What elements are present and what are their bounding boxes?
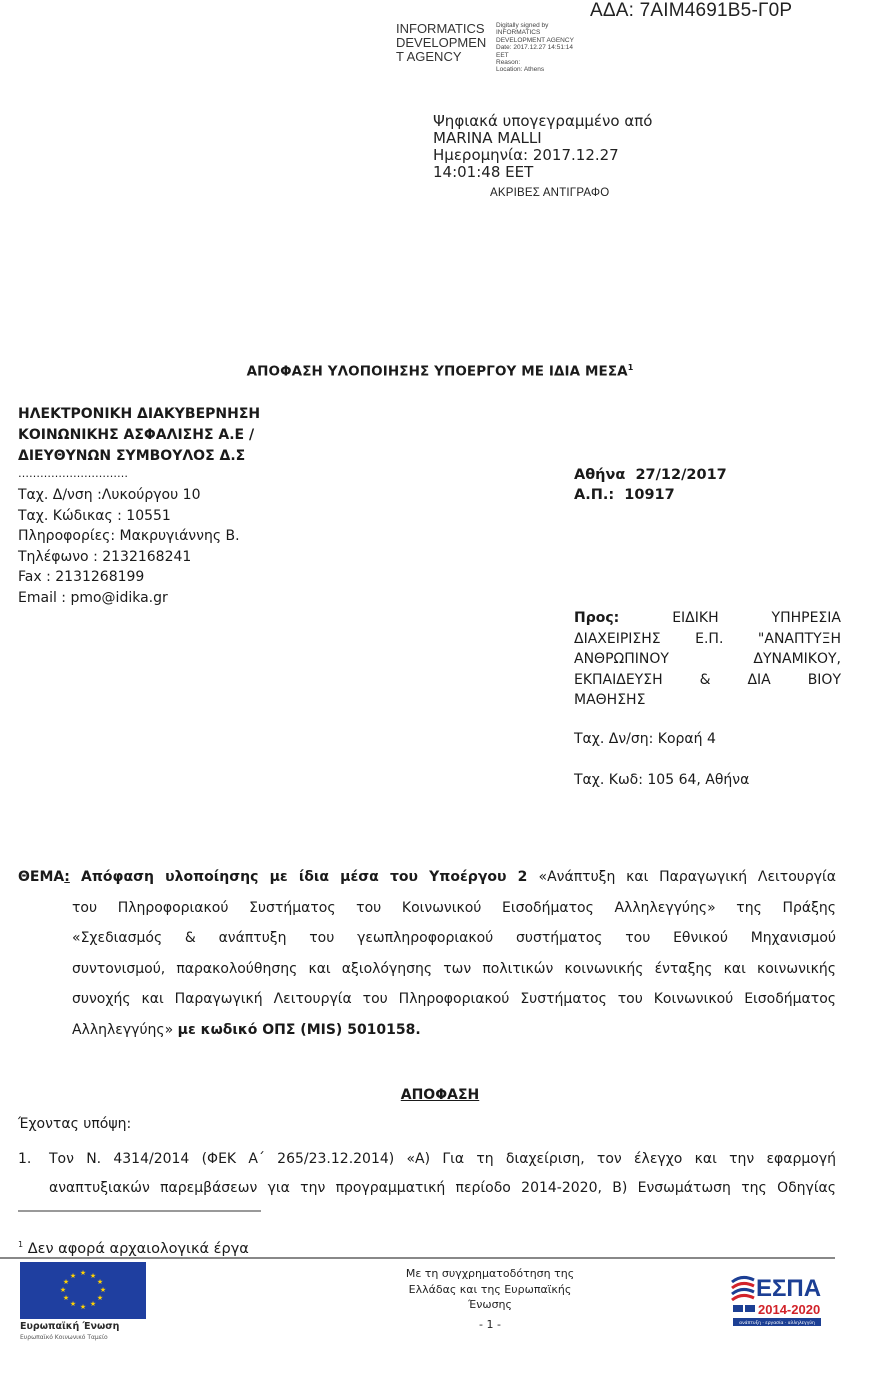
recipient-word: "ΑΝΑΠΤΥΞΗ	[758, 629, 841, 650]
place-date: Αθήνα 27/12/2017	[574, 465, 727, 485]
eu-label: Ευρωπαϊκή Ένωση	[20, 1321, 119, 1332]
svg-text:★: ★	[97, 1278, 103, 1286]
document-title-text: ΑΠΟΦΑΣΗ ΥΛΟΠΟΙΗΣΗΣ ΥΠΟΕΡΓΟΥ ΜΕ ΙΔΙΑ ΜΕΣΑ	[247, 364, 628, 380]
footnote-divider	[18, 1210, 261, 1212]
item-text: Τον Ν. 4314/2014 (ΦΕΚ Α΄ 265/23.12.2014)…	[49, 1145, 836, 1203]
digital-signature-details: Digitally signed by INFORMATICS DEVELOPM…	[496, 22, 606, 74]
cofund-line: Ένωσης	[360, 1297, 620, 1313]
signature-detail-line: Date: 2017.12.27 14:51:14	[496, 44, 606, 51]
subject-line: Αλληλεγγύης» με κωδικό ΟΠΣ (MIS) 5010158…	[18, 1015, 836, 1046]
org-line: ΗΛΕΚΤΡΟΝΙΚΗ ΔΙΑΚΥΒΕΡΝΗΣΗ	[18, 404, 260, 425]
svg-text:★: ★	[63, 1278, 69, 1286]
subject-line: ΘΕΜΑ: Απόφαση υλοποίησης με ίδια μέσα το…	[18, 862, 836, 893]
recipient-word: ΔΙΑΧΕΙΡΙΣΗΣ	[574, 629, 661, 650]
dotted-line: …………………………	[18, 467, 260, 481]
recipient-block: Προς: ΕΙΔΙΚΗ ΥΠΗΡΕΣΙΑ ΔΙΑΧΕΙΡΙΣΗΣ Ε.Π. "…	[574, 608, 841, 711]
recipient-word: ΕΙΔΙΚΗ	[672, 608, 718, 629]
item-line: Τον Ν. 4314/2014 (ΦΕΚ Α΄ 265/23.12.2014)…	[49, 1145, 836, 1174]
svg-text:★: ★	[63, 1294, 69, 1302]
signature-detail-line: EET	[496, 52, 606, 59]
espa-logo-icon: ΕΣΠΑ 2014-2020 ανάπτυξη · εργασία · αλλη…	[730, 1270, 825, 1335]
recipient-line: Προς: ΕΙΔΙΚΗ ΥΠΗΡΕΣΙΑ	[574, 608, 841, 629]
signature-line: Ψηφιακά υπογεγραμμένο από	[433, 113, 652, 130]
sender-fax: Fax : 2131268199	[18, 567, 240, 588]
signature-line: MARINA MALLI	[433, 130, 652, 147]
recipient-word: Ε.Π.	[695, 629, 723, 650]
svg-text:★: ★	[80, 1269, 86, 1277]
considering-item: 1. Τον Ν. 4314/2014 (ΦΕΚ Α΄ 265/23.12.20…	[18, 1145, 836, 1203]
footnote: 1 Δεν αφορά αρχαιολογικά έργα	[18, 1240, 249, 1257]
svg-text:ανάπτυξη · εργασία · αλληλεγγύ: ανάπτυξη · εργασία · αλληλεγγύη	[739, 1319, 815, 1326]
signature-detail-line: Location: Athens	[496, 66, 606, 73]
digital-signature-org: INFORMATICS DEVELOPMEN T AGENCY	[396, 22, 496, 64]
recipient-word: ΑΝΘΡΩΠΙΝΟΥ	[574, 649, 669, 670]
recipient-postal: Ταχ. Κωδ: 105 64, Αθήνα	[574, 772, 749, 788]
exact-copy-stamp: ΑΚΡΙΒΕΣ ΑΝΤΙΓΡΑΦΟ	[490, 187, 609, 199]
signature-org-line: DEVELOPMEN	[396, 36, 496, 50]
svg-text:ΕΣΠΑ: ΕΣΠΑ	[756, 1275, 821, 1302]
item-number: 1.	[18, 1145, 31, 1174]
subject-text: «Ανάπτυξη και Παραγωγική Λειτουργία	[539, 869, 836, 885]
eu-fund-label: Ευρωπαϊκό Κοινωνικό Ταμείο	[20, 1334, 108, 1341]
decision-heading: ΑΠΟΦΑΣΗ	[0, 1087, 880, 1103]
svg-text:★: ★	[70, 1300, 76, 1308]
svg-text:★: ★	[80, 1303, 86, 1311]
item-line: αναπτυξιακών παρεμβάσεων για την προγραμ…	[49, 1174, 836, 1203]
protocol-number: Α.Π.: 10917	[574, 485, 727, 505]
mis-code: με κωδικό ΟΠΣ (MIS) 5010158.	[178, 1022, 421, 1038]
recipient-word: ΕΚΠΑΙΔΕΥΣΗ	[574, 670, 663, 691]
page-number: - 1 -	[360, 1317, 620, 1333]
subject-paragraph: ΘΕΜΑ: Απόφαση υλοποίησης με ίδια μέσα το…	[18, 862, 836, 1046]
svg-text:★: ★	[97, 1294, 103, 1302]
svg-text:★: ★	[90, 1300, 96, 1308]
sender-info: Πληροφορίες: Μακρυγιάννης Β.	[18, 526, 240, 547]
signature-org-line: T AGENCY	[396, 50, 496, 64]
cofund-line: Με τη συγχρηματοδότηση της	[360, 1266, 620, 1282]
document-title: ΑΠΟΦΑΣΗ ΥΛΟΠΟΙΗΣΗΣ ΥΠΟΕΡΓΟΥ ΜΕ ΙΔΙΑ ΜΕΣΑ…	[0, 363, 880, 380]
recipient-line: ΕΚΠΑΙΔΕΥΣΗ & ΔΙΑ ΒΙΟΥ	[574, 670, 841, 691]
considering-label: Έχοντας υπόψη:	[18, 1116, 131, 1132]
svg-text:★: ★	[90, 1272, 96, 1280]
signature-detail-line: INFORMATICS	[496, 29, 606, 36]
svg-text:2014-2020: 2014-2020	[758, 1302, 820, 1317]
recipient-address: Ταχ. Δν/ση: Κοραή 4	[574, 731, 716, 747]
recipient-line: ΑΝΘΡΩΠΙΝΟΥ ΔΥΝΑΜΙΚΟΥ,	[574, 649, 841, 670]
svg-text:★: ★	[100, 1286, 106, 1294]
sender-contact: Ταχ. Δ/νση :Λυκούργου 10 Ταχ. Κώδικας : …	[18, 485, 240, 609]
signature-line: Ημερομηνία: 2017.12.27	[433, 147, 652, 164]
subject-label: ΘΕΜΑ	[18, 869, 64, 885]
sender-email[interactable]: Email : pmo@idika.gr	[18, 588, 240, 609]
recipient-word: ΒΙΟΥ	[808, 670, 841, 691]
subject-text: Αλληλεγγύης»	[72, 1022, 178, 1038]
signature-line: 14:01:48 EET	[433, 164, 652, 181]
cofunding-note: Με τη συγχρηματοδότηση της Ελλάδας και τ…	[360, 1266, 620, 1332]
signature-detail-line: Reason:	[496, 59, 606, 66]
recipient-word: ΔΙΑ	[747, 670, 770, 691]
signature-org-line: INFORMATICS	[396, 22, 496, 36]
signature-detail-line: DEVELOPMENT AGENCY	[496, 37, 606, 44]
sender-phone: Τηλέφωνο : 2132168241	[18, 547, 240, 568]
recipient-word: ΥΠΗΡΕΣΙΑ	[772, 608, 841, 629]
recipient-word: ΔΥΝΑΜΙΚΟΥ,	[753, 649, 841, 670]
recipient-line: ΔΙΑΧΕΙΡΙΣΗΣ Ε.Π. "ΑΝΑΠΤΥΞΗ	[574, 629, 841, 650]
svg-text:★: ★	[60, 1286, 66, 1294]
signature-detail-line: Digitally signed by	[496, 22, 606, 29]
recipient-word: &	[700, 670, 711, 691]
sender-address: Ταχ. Δ/νση :Λυκούργου 10	[18, 485, 240, 506]
footnote-ref[interactable]: 1	[628, 363, 634, 372]
cofund-line: Ελλάδας και της Ευρωπαϊκής	[360, 1282, 620, 1298]
footer-divider	[0, 1257, 835, 1259]
footnote-text: Δεν αφορά αρχαιολογικά έργα	[23, 1241, 249, 1257]
greek-signature-block: Ψηφιακά υπογεγραμμένο από MARINA MALLI Η…	[433, 113, 652, 181]
org-line: ΔΙΕΥΘΥΝΩΝ ΣΥΜΒΟΥΛΟΣ Δ.Σ	[18, 446, 260, 467]
subject-line: του Πληροφοριακού Συστήματος του Κοινωνι…	[18, 893, 836, 924]
subject-bold-intro: Απόφαση υλοποίησης με ίδια μέσα του Υποέ…	[70, 869, 539, 885]
ada-code: ΑΔΑ: 7ΑΙΜ4691Β5-Γ0Ρ	[590, 0, 792, 22]
recipient-line: ΜΑΘΗΣΗΣ	[574, 690, 841, 711]
subject-line: συντονισμού, παρακολούθησης και αξιολόγη…	[18, 954, 836, 985]
org-line: ΚΟΙΝΩΝΙΚΗΣ ΑΣΦΑΛΙΣΗΣ Α.Ε /	[18, 425, 260, 446]
sender-postal-code: Ταχ. Κώδικας : 10551	[18, 506, 240, 527]
svg-text:★: ★	[70, 1272, 76, 1280]
recipient-label: Προς:	[574, 608, 619, 629]
eu-flag-icon: ★ ★ ★ ★ ★ ★ ★ ★ ★ ★ ★ ★	[20, 1262, 146, 1319]
subject-line: συνοχής και Παραγωγική Λειτουργία του Πλ…	[18, 984, 836, 1015]
subject-line: «Σχεδιασμός & ανάπτυξη του γεωπληροφορια…	[18, 923, 836, 954]
date-protocol-block: Αθήνα 27/12/2017 Α.Π.: 10917	[574, 465, 727, 505]
sender-organization: ΗΛΕΚΤΡΟΝΙΚΗ ΔΙΑΚΥΒΕΡΝΗΣΗ ΚΟΙΝΩΝΙΚΗΣ ΑΣΦΑ…	[18, 404, 260, 481]
